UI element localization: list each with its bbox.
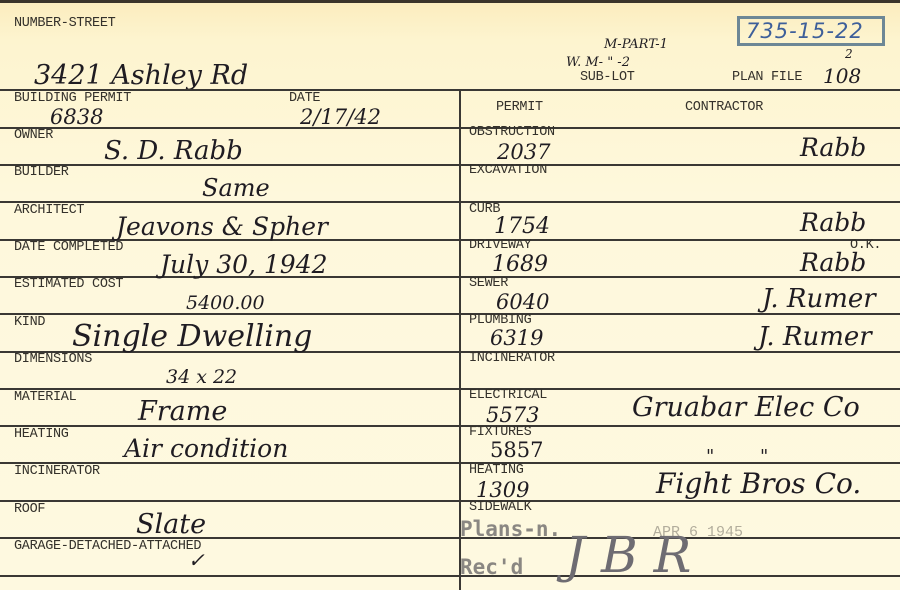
estimated-cost-label: ESTIMATED COST [14,278,123,292]
plan-file-label: PLAN FILE [732,71,802,85]
heating-permit-label: HEATING [469,464,524,478]
curb-contractor: Rabb [800,210,866,235]
garage-check-icon: ✓ [188,550,205,570]
permit-header: PERMIT [496,101,543,115]
curb-permit: 1754 [494,216,550,238]
electrical-label: ELECTRICAL [469,389,547,403]
garage-label: GARAGE-DETACHED-ATTACHED [14,540,201,554]
plumbing-permit: 6319 [490,328,543,349]
rule [0,500,900,502]
fixtures-contractor-ditto: " " [706,448,768,466]
estimated-cost-value: 5400.00 [186,294,265,313]
rule [0,425,900,427]
heating-permit: 1309 [476,480,529,501]
material-label: MATERIAL [14,391,76,405]
sewer-contractor: J. Rumer [762,286,876,312]
column-divider [459,89,461,590]
incinerator-label: INCINERATOR [14,465,100,479]
dimensions-label: DIMENSIONS [14,353,92,367]
driveway-permit: 1689 [492,254,548,276]
dimensions-value: 34 x 22 [166,368,237,387]
excavation-label: EXCAVATION [469,164,547,178]
sub-lot-label: SUB-LOT [580,71,635,85]
rule [0,575,900,577]
obstruction-contractor: Rabb [800,135,866,160]
file-number-box: 735-15-22 [737,16,885,46]
heating-value: Air condition [124,436,288,461]
sewer-permit: 6040 [496,292,549,313]
architect-value: Jeavons & Spher [116,214,328,239]
architect-label: ARCHITECT [14,204,84,218]
electrical-permit: 5573 [486,405,539,426]
rule [0,201,900,203]
owner-label: OWNER [14,129,53,143]
contractor-header: CONTRACTOR [685,101,763,115]
builder-label: BUILDER [14,166,69,180]
obstruction-permit: 2037 [497,142,550,163]
number-street-label: NUMBER-STREET [14,17,115,31]
date-completed-label: DATE COMPLETED [14,241,123,255]
sub-lot-note-1: M-PART-1 [604,38,668,51]
plan-file-extra: 2 [845,48,853,60]
plan-file-value: 108 [823,66,861,86]
address-value: 3421 Ashley Rd [34,62,248,89]
rule [0,89,900,91]
sewer-label: SEWER [469,277,508,291]
stamp-signature: J B R [565,530,691,580]
building-permit-value: 6838 [50,107,103,128]
rule [0,127,900,129]
owner-value: S. D. Rabb [104,138,243,164]
building-permit-label: BUILDING PERMIT [14,92,131,106]
date-completed-value: July 30, 1942 [160,252,328,277]
heating-label: HEATING [14,428,69,442]
material-value: Frame [138,398,227,425]
sub-lot-note-2: W. M- " -2 [566,56,630,69]
fixtures-permit: 5857 [490,440,543,461]
date-value: 2/17/42 [300,107,381,128]
rule [0,276,900,278]
sidewalk-label: SIDEWALK [469,501,531,515]
kind-value: Single Dwelling [72,322,312,352]
date-label: DATE [289,92,320,106]
incinerator-permit-label: INCINERATOR [469,352,555,366]
plans-stamp-line2: Rec'd [460,557,523,578]
electrical-contractor: Gruabar Elec Co [632,394,860,421]
plans-stamp-line1: Plans-n. [460,519,561,540]
kind-label: KIND [14,316,45,330]
plumbing-contractor: J. Rumer [758,324,872,350]
permit-record-card: NUMBER-STREET 3421 Ashley Rd M-PART-1 W.… [0,0,900,590]
heating-contractor: Fight Bros Co. [656,470,861,498]
rule [0,388,900,390]
builder-value: Same [202,176,270,200]
roof-value: Slate [136,511,206,538]
card-top-edge [0,0,900,3]
roof-label: ROOF [14,503,45,517]
obstruction-label: OBSTRUCTION [469,126,555,140]
driveway-label: DRIVEWAY [469,239,531,253]
driveway-contractor: Rabb [800,250,866,275]
